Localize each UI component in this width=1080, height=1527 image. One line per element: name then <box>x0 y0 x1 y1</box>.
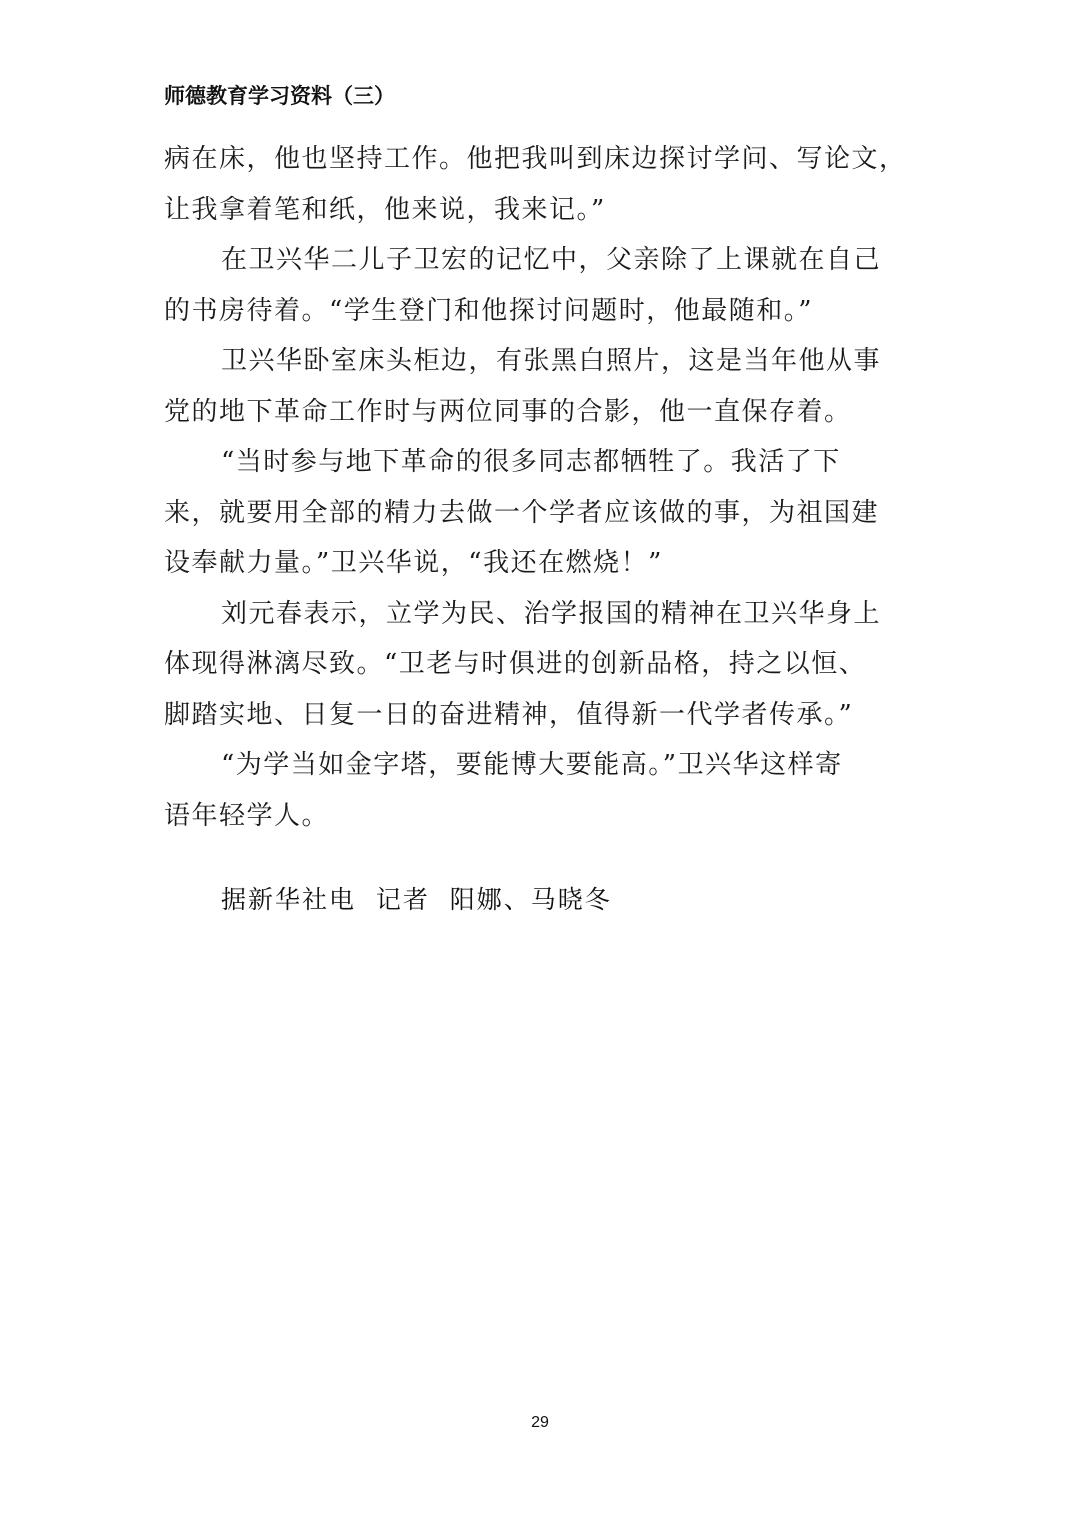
text-line: 来，就要用全部的精力去做一个学者应该做的事，为祖国建 <box>164 488 920 539</box>
text-line: 让我拿着笔和纸，他来说，我来记。” <box>164 185 920 236</box>
article-body: 病在床，他也坚持工作。他把我叫到床边探讨学问、写论文， 让我拿着笔和纸，他来说，… <box>164 134 920 841</box>
text-line: 语年轻学人。 <box>164 791 920 842</box>
page-number: 29 <box>0 1414 1080 1432</box>
document-header: 师德教育学习资料（三） <box>164 80 395 110</box>
text-line: 病在床，他也坚持工作。他把我叫到床边探讨学问、写论文， <box>164 134 920 185</box>
text-line: 体现得淋漓尽致。“卫老与时俱进的创新品格，持之以恒、 <box>164 639 920 690</box>
text-line-paragraph-start: 在卫兴华二儿子卫宏的记忆中，父亲除了上课就在自己 <box>164 235 920 286</box>
text-line: 设奉献力量。”卫兴华说，“我还在燃烧！” <box>164 538 920 589</box>
document-page: 师德教育学习资料（三） 病在床，他也坚持工作。他把我叫到床边探讨学问、写论文， … <box>0 0 1080 1527</box>
text-line-paragraph-start: 卫兴华卧室床头柜边，有张黑白照片，这是当年他从事 <box>164 336 920 387</box>
text-line: 的书房待着。“学生登门和他探讨问题时，他最随和。” <box>164 286 920 337</box>
text-line-paragraph-start: “当时参与地下革命的很多同志都牺牲了。我活了下 <box>164 437 920 488</box>
text-line-paragraph-start: 刘元春表示，立学为民、治学报国的精神在卫兴华身上 <box>164 589 920 640</box>
text-line: 党的地下革命工作时与两位同事的合影，他一直保存着。 <box>164 387 920 438</box>
text-line: 脚踏实地、日复一日的奋进精神，值得新一代学者传承。” <box>164 690 920 741</box>
article-byline: 据新华社电 记者 阳娜、马晓冬 <box>221 880 612 916</box>
text-line-paragraph-start: “为学当如金字塔，要能博大要能高。”卫兴华这样寄 <box>164 740 920 791</box>
